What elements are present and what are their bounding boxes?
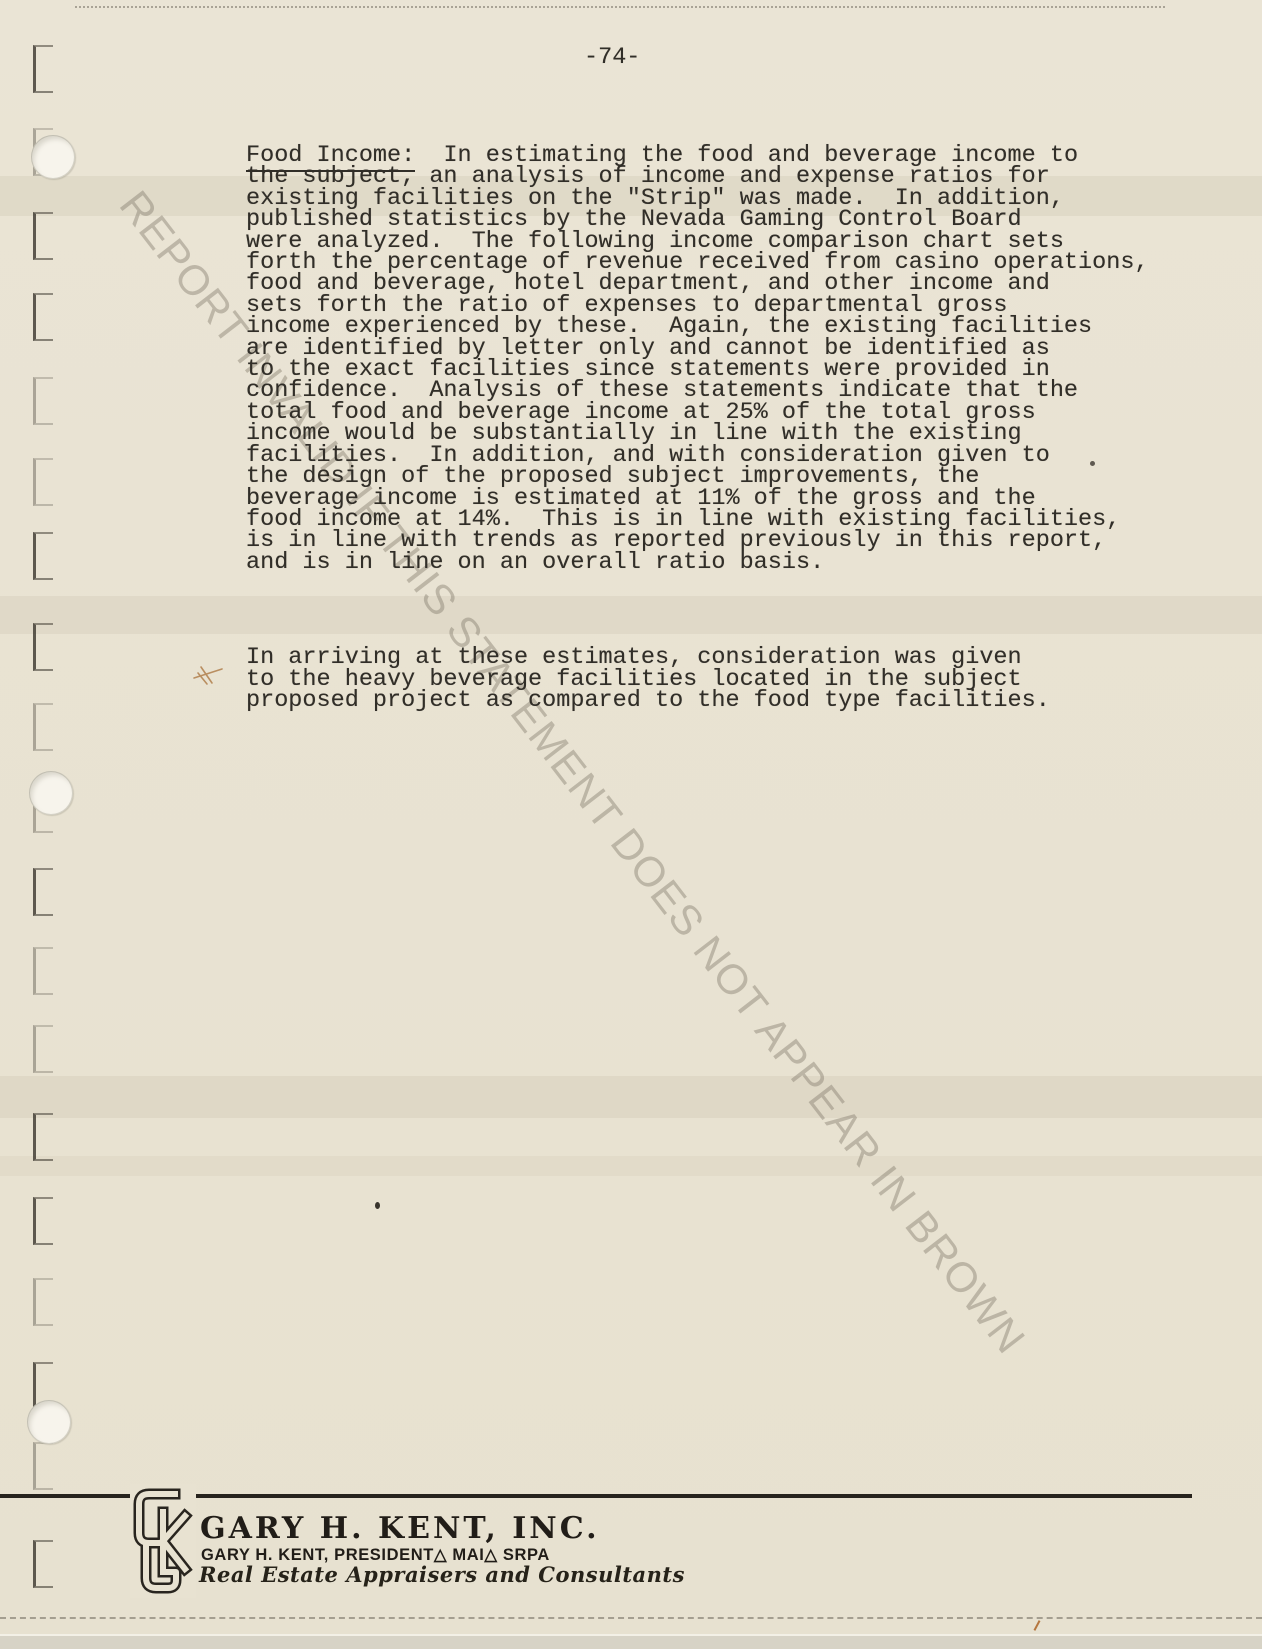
scanned-report-page: REPORT INVALID IF THIS STATEMENT DOES NO…: [0, 0, 1262, 1649]
scan-bottom-edge: [0, 1634, 1262, 1649]
binding-mark: [33, 1540, 53, 1588]
punch-hole: [31, 135, 75, 179]
binding-mark: [33, 1025, 53, 1073]
ink-speck: [1090, 461, 1095, 466]
binding-mark: [33, 1113, 53, 1161]
scan-band: [0, 1156, 1262, 1176]
punch-hole: [27, 1400, 71, 1444]
body-paragraph-2: In arriving at these estimates, consider…: [246, 647, 1149, 711]
pencil-check-mark: [192, 660, 226, 690]
company-name: GARY H. KENT, INC.: [200, 1511, 600, 1546]
binding-mark: [33, 45, 53, 93]
company-tagline: Real Estate Appraisers and Consultants: [199, 1562, 685, 1587]
binding-mark: [33, 212, 53, 260]
binding-mark: [33, 458, 53, 506]
page-number: -74-: [584, 44, 640, 71]
bottom-dotted-rule: [0, 1617, 1262, 1619]
binding-mark: [33, 1278, 53, 1326]
document-body: Food Income: In estimating the food and …: [246, 145, 1149, 711]
binding-mark: [33, 1197, 53, 1245]
binding-mark: [33, 947, 53, 995]
body-line: and is in line on an overall ratio basis…: [246, 552, 1149, 573]
binding-mark: [33, 623, 53, 671]
binding-mark: [33, 868, 53, 916]
scan-band: [0, 1076, 1262, 1118]
body-paragraph-1: Food Income: In estimating the food and …: [246, 145, 1149, 573]
body-paragraph-2-lines: In arriving at these estimates, consider…: [246, 647, 1149, 711]
body-paragraph-1-lines: the subject, an analysis of income and e…: [246, 166, 1149, 573]
binding-mark: [33, 703, 53, 751]
ink-speck: [1034, 1620, 1041, 1631]
ink-speck: [375, 1202, 380, 1209]
body-line: proposed project as compared to the food…: [246, 690, 1149, 711]
binding-mark: [33, 293, 53, 341]
binding-mark: [33, 377, 53, 425]
punch-hole: [29, 771, 73, 815]
binding-mark: [33, 532, 53, 580]
binding-mark: [33, 1442, 53, 1490]
top-dotted-rule: [75, 6, 1165, 8]
gk-monogram-logo: [130, 1484, 196, 1598]
